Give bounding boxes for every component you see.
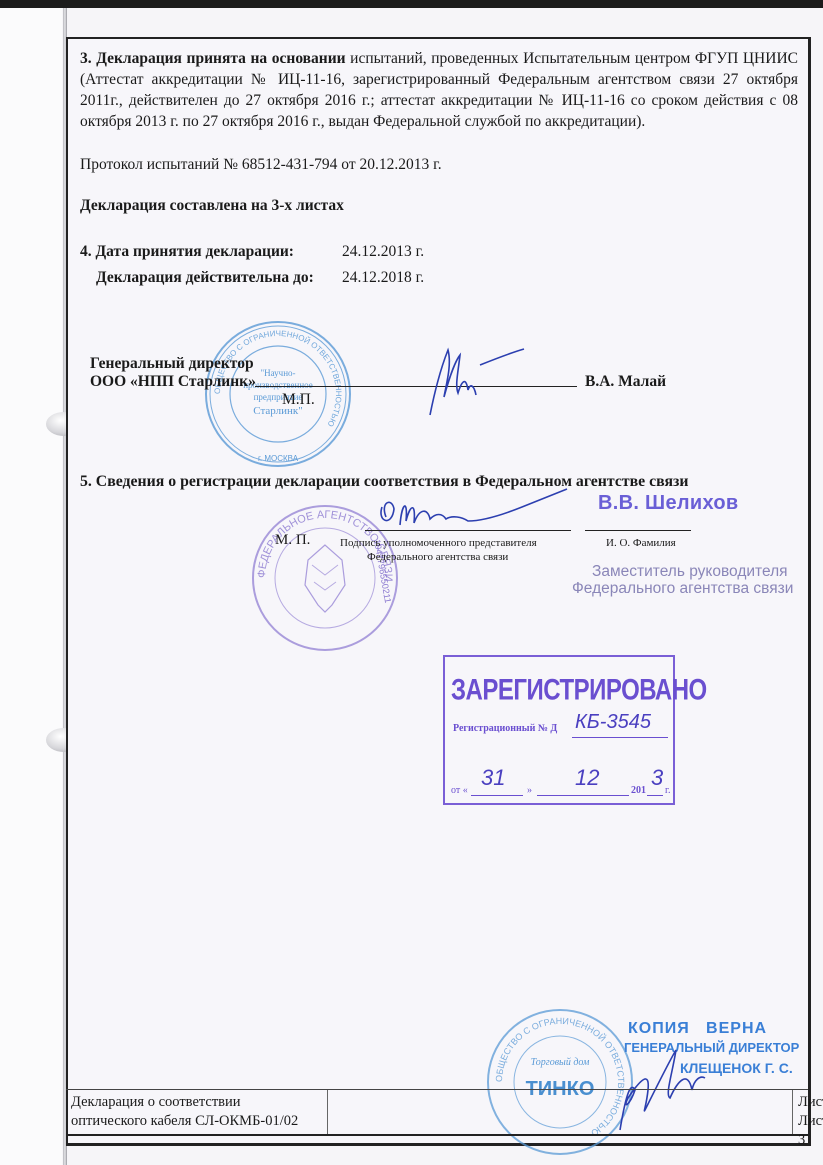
footer-sheet: Лист 3	[798, 1093, 823, 1112]
copy-verified-line1: КОПИЯ ВЕРНА	[628, 1020, 767, 1038]
protocol-line: Протокол испытаний № 68512-431-794 от 20…	[80, 154, 442, 175]
valid-value: 24.12.2018 г.	[342, 267, 424, 288]
day-underline	[471, 795, 523, 796]
section3-paragraph: 3. Декларация принята на основании испыт…	[80, 48, 798, 132]
valid-label: Декларация действительна до:	[96, 267, 314, 288]
registration-number-value: КБ-3545	[575, 711, 651, 734]
year-end: г.	[665, 785, 670, 796]
month-underline	[537, 795, 629, 796]
name-caption: И. О. Фамилия	[606, 536, 676, 550]
agency-signature-line	[365, 530, 571, 531]
signatory-company: ООО «НПП Старлинк»	[90, 371, 256, 392]
signature-caption-2: Федерального агентства связи	[367, 550, 508, 564]
registration-day: 31	[481, 765, 505, 791]
section3-heading: 3. Декларация принята на основании	[80, 50, 346, 67]
registration-month: 12	[575, 765, 599, 791]
footer-doc-line1: Декларация о соответствии	[71, 1093, 322, 1112]
footer-doc-cell: Декларация о соответствии оптического ка…	[66, 1090, 328, 1134]
footer-sheets-total: Листов 3	[798, 1112, 823, 1150]
number-underline	[572, 737, 668, 738]
svg-text:г. МОСКВА: г. МОСКВА	[258, 454, 299, 463]
registration-year: 3	[651, 765, 663, 791]
date-label: 4. Дата принятия декларации:	[80, 241, 294, 262]
signature-malay	[400, 335, 530, 425]
official-name-stamp: В.В. Шелихов	[598, 492, 739, 515]
date-prefix: от «	[451, 785, 468, 796]
binder-margin	[0, 8, 62, 1165]
footer-sheet-cell: Лист 3 Листов 3	[793, 1090, 823, 1134]
signature-caption-1: Подпись уполномоченного представителя	[340, 536, 537, 550]
official-title-2: Федерального агентства связи	[572, 580, 793, 598]
registration-number-label: Регистрационный № Д	[453, 723, 557, 734]
company-stamp: ОБЩЕСТВО С ОГРАНИЧЕННОЙ ОТВЕТСТВЕННОСТЬЮ…	[203, 318, 353, 470]
scan-top-edge	[0, 0, 823, 8]
footer-table: Декларация о соответствии оптического ка…	[66, 1089, 808, 1136]
date-separator: »	[527, 785, 532, 796]
year-underline	[647, 795, 663, 796]
registration-title: ЗАРЕГИСТРИРОВАНО	[451, 673, 707, 708]
official-title-1: Заместитель руководителя	[592, 563, 788, 581]
sheets-note: Декларация составлена на 3-х листах	[80, 195, 344, 216]
registration-stamp: ЗАРЕГИСТРИРОВАНО Регистрационный № Д КБ-…	[443, 655, 675, 805]
agency-seal-label: М. П.	[275, 530, 310, 551]
signatory-name: В.А. Малай	[585, 371, 666, 392]
svg-text:Торговый дом: Торговый дом	[531, 1057, 590, 1068]
footer-doc-line2: оптического кабеля СЛ-ОКМБ-01/02	[71, 1112, 322, 1131]
name-line	[585, 530, 691, 531]
year-prefix: 201	[631, 785, 646, 796]
svg-text:"Научно-: "Научно-	[260, 368, 295, 378]
date-value: 24.12.2013 г.	[342, 241, 424, 262]
footer-empty-cell	[328, 1090, 793, 1134]
signatory-seal-label: М.П.	[282, 389, 315, 410]
